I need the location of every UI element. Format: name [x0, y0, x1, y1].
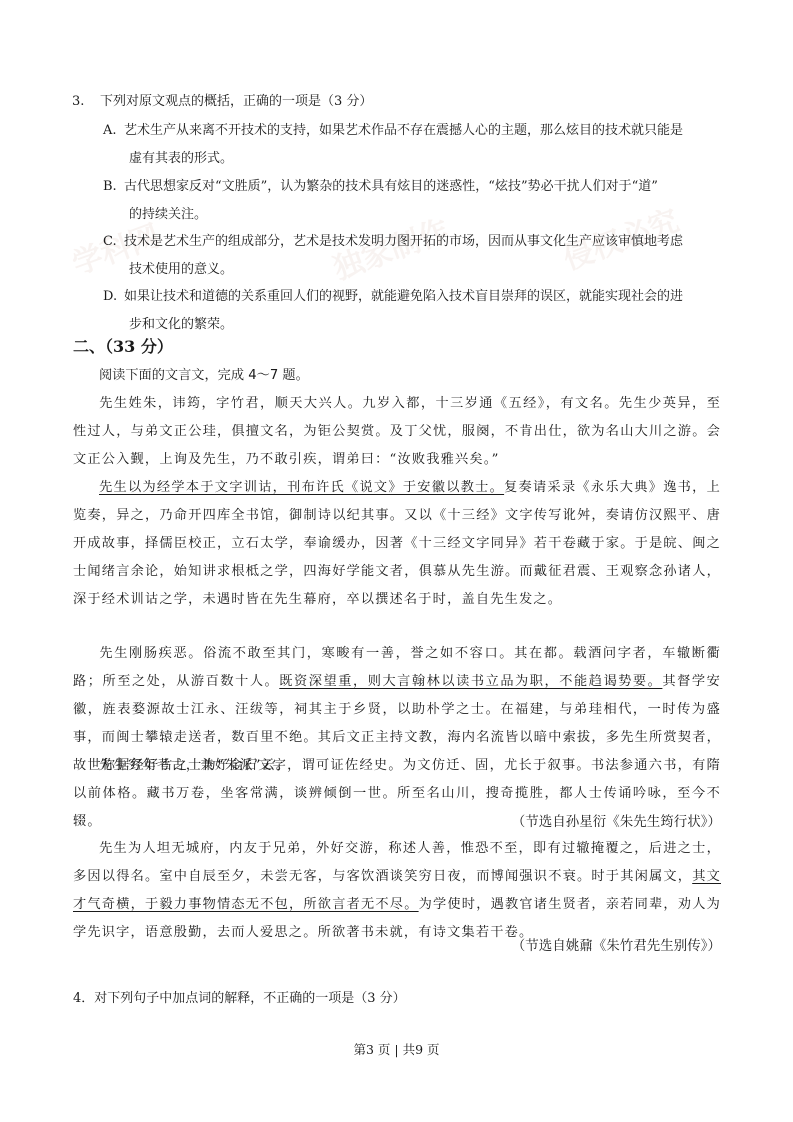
- option-text: 艺术生产从来离不开技术的支持，如果艺术作品不存在震撼人心的主题，那么炫目的技术就…: [124, 122, 683, 140]
- option-text: 如果让技术和道德的关系重回人们的视野，就能避免陷入技术盲目崇拜的误区，就能实现社…: [124, 288, 683, 306]
- passage-paragraph-2: 先生以为经学本于文字训诂，刊布许氏《说文》于安徽以教士。复奏请采录《永乐大典》逸…: [73, 474, 721, 614]
- paragraph-text: 复奏请采录《永乐大典》逸书，上览奏，异之，乃命开四库全书馆，御制诗以纪其事。又以…: [73, 480, 721, 607]
- section-heading: 二、（33 分）: [73, 337, 173, 357]
- option-letter: A.: [103, 122, 117, 140]
- underlined-sentence: 先生以为经学本于文字训诂，刊布许氏《说文》于安徽以教士。: [99, 480, 504, 495]
- option-text-cont: 步和文化的繁荣。: [129, 316, 233, 334]
- page-indicator: 第3 页 | 共9 页: [0, 1040, 793, 1058]
- question-stem: 4．对下列句子中加点词的解释，不正确的一项是（3 分）: [73, 990, 406, 1008]
- passage-paragraph-5: 先生为人坦无城府，内友于兄弟，外好交游，称述人善，惟恐不至，即有过辙掩覆之，后进…: [73, 835, 721, 947]
- option-letter: B.: [103, 178, 117, 196]
- exam-page: 学科网 独家制作 侵权必究 3. 下列对原文观点的概括，正确的一项是（3 分） …: [0, 0, 793, 1122]
- option-letter: C.: [103, 233, 117, 251]
- option-text-cont: 的持续关注。: [129, 206, 207, 224]
- source-citation-2: （节选自姚鼐《朱竹君先生别传》）: [512, 937, 721, 955]
- option-text-cont: 虚有其表的形式。: [129, 150, 233, 168]
- option-text-cont: 技术使用的意义。: [129, 261, 233, 279]
- option-text: 古代思想家反对“文胜质”，认为繁杂的技术具有炫目的迷惑性，“炫技”势必干扰人们对…: [124, 178, 658, 196]
- question-stem: 下列对原文观点的概括，正确的一项是（3 分）: [100, 93, 372, 111]
- paragraph-text: 先生为人坦无城府，内友于兄弟，外好交游，称述人善，惟恐不至，即有过辙掩覆之，后进…: [73, 841, 721, 884]
- question-number: 3.: [72, 93, 84, 111]
- paragraph-text: 先生姓朱，讳筠，字竹君，顺天大兴人。九岁入都，十三岁通《五经》，有文名。先生少英…: [73, 396, 721, 467]
- option-letter: D.: [103, 288, 117, 306]
- source-citation-1: （节选自孙星衍《朱先生筠行状》）: [512, 813, 721, 831]
- instruction: 阅读下面的文言文，完成 4～7 题。: [73, 362, 721, 390]
- instruction-text: 阅读下面的文言文，完成 4～7 题。: [99, 368, 309, 383]
- passage-paragraph-1: 先生姓朱，讳筠，字竹君，顺天大兴人。九岁入都，十三岁通《五经》，有文名。先生少英…: [73, 390, 721, 474]
- underlined-sentence: 既资深望重，则大言翰林以读书立品为职，不能趋谒势要。: [279, 674, 662, 689]
- option-text: 技术是艺术生产的组成部分，艺术是技术发明力图开拓的市场，因而从事文化生产应该审慎…: [124, 233, 683, 251]
